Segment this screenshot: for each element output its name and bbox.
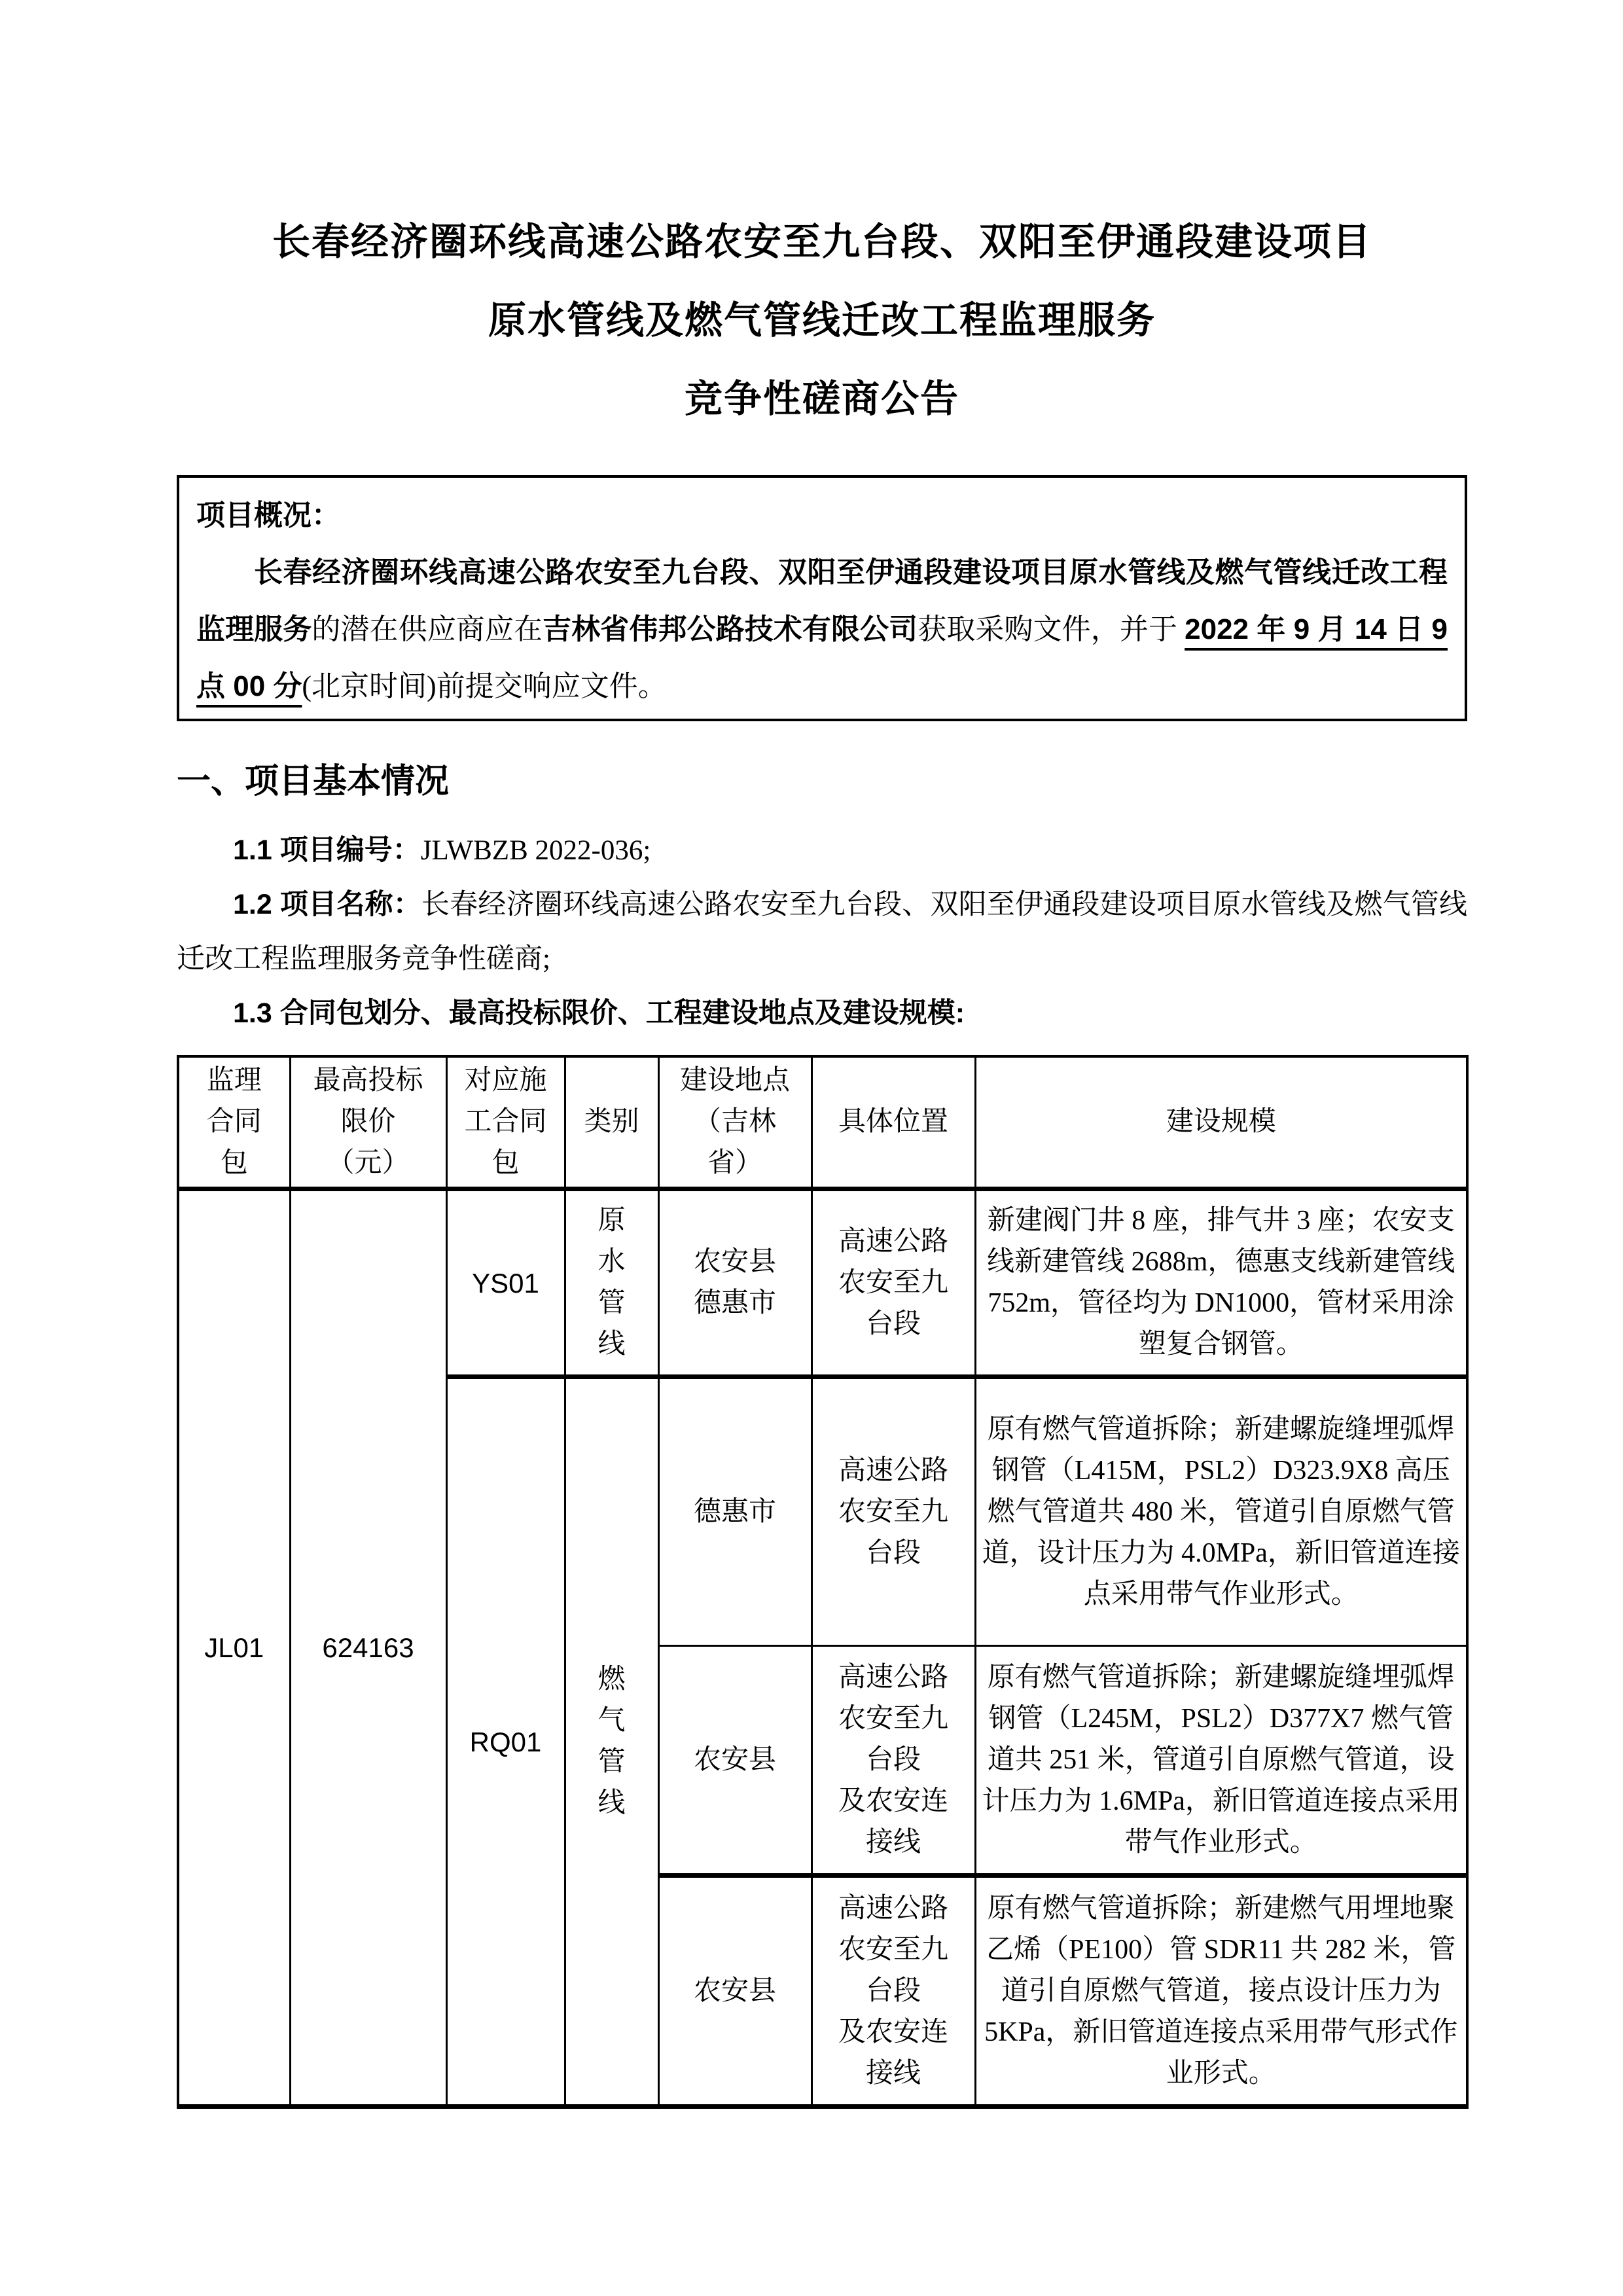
project-overview-paragraph: 长春经济圈环线高速公路农安至九台段、双阳至伊通段建设项目原水管线及燃气管线迁改工… bbox=[196, 544, 1448, 715]
item-1-2: 1.2 项目名称：长春经济圈环线高速公路农安至九台段、双阳至伊通段建设项目原水管… bbox=[177, 878, 1467, 986]
cell-location: 农安县 bbox=[658, 1646, 811, 1876]
ys-category-text: 原水管线 bbox=[598, 1200, 626, 1365]
rq-category-text: 燃气管线 bbox=[598, 1659, 626, 1824]
cell-position: 高速公路 农安至九 台段 及农安连 接线 bbox=[811, 1876, 975, 2107]
header-category: 类别 bbox=[565, 1056, 658, 1189]
cell-location: 农安县 bbox=[658, 1876, 811, 2107]
overview-text-1: 的潜在供应商应在 bbox=[312, 613, 543, 645]
project-overview-box: 项目概况： 长春经济圈环线高速公路农安至九台段、双阳至伊通段建设项目原水管线及燃… bbox=[177, 475, 1467, 721]
table-row-raw-water: JL01 624163 YS01 原水管线 农安县 德惠市 高速公路 农安至九 … bbox=[178, 1189, 1467, 1377]
overview-agency-name: 吉林省伟邦公路技术有限公司 bbox=[543, 613, 918, 645]
cell-max-price: 624163 bbox=[290, 1189, 446, 2107]
header-location: 建设地点 （吉林 省） bbox=[658, 1056, 811, 1189]
item-1-2-label: 1.2 项目名称： bbox=[233, 889, 421, 920]
cell-scale: 原有燃气管道拆除；新建燃气用埋地聚乙烯（PE100）管 SDR11 共 282 … bbox=[975, 1876, 1467, 2107]
section-1-heading: 一、项目基本情况 bbox=[177, 755, 1467, 808]
cell-ys-package: YS01 bbox=[446, 1189, 565, 1377]
overview-text-2: 获取采购文件，并于 bbox=[918, 613, 1185, 645]
cell-scale: 原有燃气管道拆除；新建螺旋缝埋弧焊钢管（L245M，PSL2）D377X7 燃气… bbox=[975, 1646, 1467, 1876]
cell-rq-category: 燃气管线 bbox=[565, 1377, 658, 2107]
page-title: 长春经济圈环线高速公路农安至九台段、双阳至伊通段建设项目 原水管线及燃气管线迁改… bbox=[177, 203, 1467, 439]
cell-scale: 原有燃气管道拆除；新建螺旋缝埋弧焊钢管（L415M，PSL2）D323.9X8 … bbox=[975, 1377, 1467, 1646]
page-title-line-3: 竞争性磋商公告 bbox=[177, 360, 1467, 439]
item-1-3: 1.3 合同包划分、最高投标限价、工程建设地点及建设规模: bbox=[177, 986, 1467, 1041]
item-1-1-value: JLWBZB 2022-036; bbox=[421, 835, 651, 866]
item-1-3-label: 1.3 合同包划分、最高投标限价、工程建设地点及建设规模: bbox=[233, 997, 965, 1029]
header-position: 具体位置 bbox=[811, 1056, 975, 1189]
page-title-line-2: 原水管线及燃气管线迁改工程监理服务 bbox=[177, 281, 1467, 360]
table-header-row: 监理 合同 包 最高投标 限价 （元） 对应施 工合同 包 类别 建设地点 （吉… bbox=[178, 1056, 1467, 1189]
item-1-1-label: 1.1 项目编号： bbox=[233, 834, 421, 866]
document-page: 长春经济圈环线高速公路农安至九台段、双阳至伊通段建设项目 原水管线及燃气管线迁改… bbox=[177, 0, 1467, 2109]
cell-supervision-package: JL01 bbox=[178, 1189, 290, 2107]
page-title-line-1: 长春经济圈环线高速公路农安至九台段、双阳至伊通段建设项目 bbox=[177, 203, 1467, 281]
cell-rq-package: RQ01 bbox=[446, 1377, 565, 2107]
overview-text-3: (北京时间)前提交响应文件。 bbox=[302, 670, 666, 702]
section-1-items: 1.1 项目编号：JLWBZB 2022-036; 1.2 项目名称：长春经济圈… bbox=[177, 823, 1467, 1041]
cell-location: 农安县 德惠市 bbox=[658, 1189, 811, 1377]
cell-scale: 新建阀门井 8 座，排气井 3 座；农安支线新建管线 2688m，德惠支线新建管… bbox=[975, 1189, 1467, 1377]
cell-position: 高速公路 农安至九 台段 bbox=[811, 1377, 975, 1646]
cell-position: 高速公路 农安至九 台段 bbox=[811, 1189, 975, 1377]
header-scale: 建设规模 bbox=[975, 1056, 1467, 1189]
cell-location: 德惠市 bbox=[658, 1377, 811, 1646]
contract-package-table: 监理 合同 包 最高投标 限价 （元） 对应施 工合同 包 类别 建设地点 （吉… bbox=[177, 1055, 1469, 2109]
item-1-1: 1.1 项目编号：JLWBZB 2022-036; bbox=[177, 823, 1467, 878]
project-overview-label: 项目概况： bbox=[196, 487, 1448, 544]
header-max-price: 最高投标 限价 （元） bbox=[290, 1056, 446, 1189]
cell-position: 高速公路 农安至九 台段 及农安连 接线 bbox=[811, 1646, 975, 1876]
cell-ys-category: 原水管线 bbox=[565, 1189, 658, 1377]
header-supervision-package: 监理 合同 包 bbox=[178, 1056, 290, 1189]
header-construction-package: 对应施 工合同 包 bbox=[446, 1056, 565, 1189]
